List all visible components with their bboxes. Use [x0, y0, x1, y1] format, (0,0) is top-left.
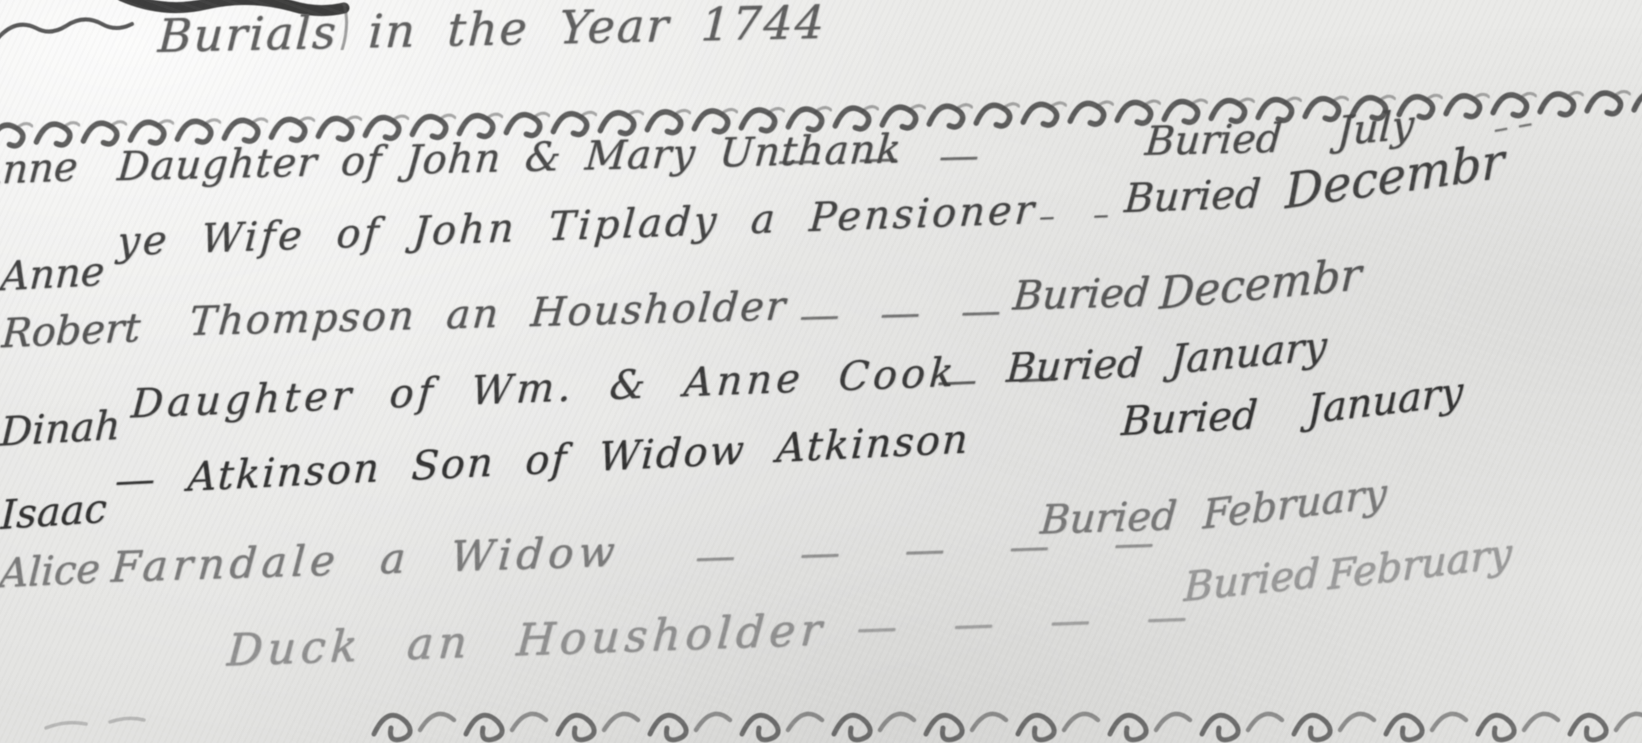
entry-name: Robert: [0, 305, 141, 357]
burial-label: Buried: [1039, 493, 1179, 543]
burial-label: Buried: [1005, 341, 1144, 392]
entry-dashes: — — —: [776, 133, 981, 184]
entry-dashes: — — — —: [855, 594, 1188, 652]
entry-dashes: – –: [1038, 195, 1111, 236]
register-page: Burials in the Year 1744 Anne Daughter o…: [0, 0, 1642, 743]
burial-label: Buried: [1011, 270, 1151, 320]
entry-name: Anne: [0, 144, 79, 194]
burial-label: Buried: [1143, 116, 1283, 165]
cutoff-bottom-script: [368, 694, 1642, 743]
burial-label: Buried: [1120, 392, 1259, 445]
entry-name: Dinah: [0, 403, 121, 456]
entry-name: Anne: [0, 249, 106, 301]
page-title: Burials in the Year 1744: [157, 0, 828, 63]
entry-name: Isaac: [0, 486, 108, 539]
burial-label: Buried: [1123, 171, 1263, 222]
entry-name: Alice: [0, 546, 101, 597]
entry-dashes: — — —: [798, 288, 1003, 339]
